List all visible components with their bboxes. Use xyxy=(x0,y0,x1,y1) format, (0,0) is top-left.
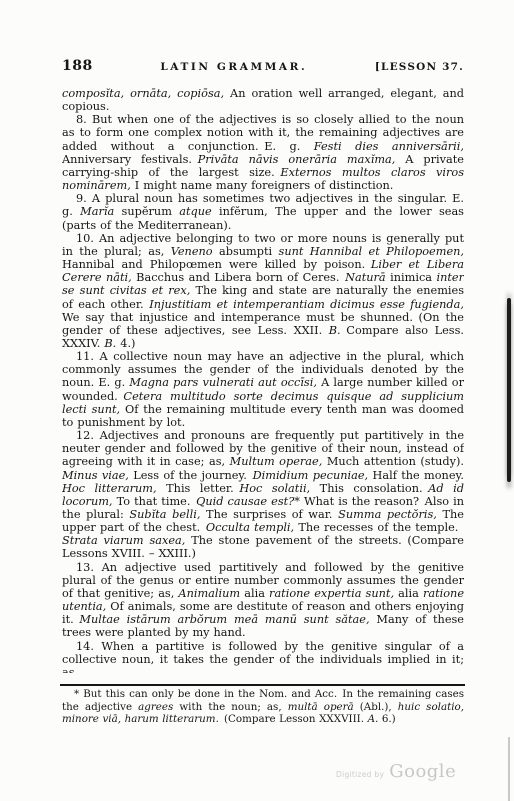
latin-phrase: Dimidium pecuniae, xyxy=(253,469,369,482)
running-header: 188 LATIN GRAMMAR. [LESSON 37. xyxy=(62,58,464,76)
text-run: Of the remaining multitude every tenth m… xyxy=(62,403,464,429)
text-run: Half the money. xyxy=(368,469,464,482)
latin-phrase: composĭta, ornāta, copiōsa, xyxy=(62,87,224,100)
scan-artifact-dark-line xyxy=(507,298,511,482)
latin-phrase: B. xyxy=(329,324,341,337)
latin-phrase: Magna pars vulnerati aut occīsi, xyxy=(129,376,317,389)
running-title: LATIN GRAMMAR. xyxy=(160,61,307,73)
latin-phrase: Quid causae est?* xyxy=(196,495,300,508)
latin-phrase: agrees xyxy=(138,701,173,713)
text-run: supĕrum xyxy=(114,205,179,218)
text-run: Hannibal and Philopœmen were killed by p… xyxy=(62,258,371,271)
text-run: Bacchus and Libera born of Ceres. xyxy=(132,271,345,284)
text-run: To that time. xyxy=(113,495,197,508)
scanned-book-page: 188 LATIN GRAMMAR. [LESSON 37. composĭta… xyxy=(0,0,514,801)
text-run: 6.) xyxy=(378,713,395,725)
paragraph: 8. But when one of the adjectives is so … xyxy=(62,113,464,192)
paragraph: 11. A collective noun may have an adject… xyxy=(62,350,464,429)
latin-phrase: multā operā xyxy=(288,701,354,713)
text-run: 14. When a partitive is followed by the … xyxy=(62,640,464,673)
google-logo: Google xyxy=(389,761,456,782)
footnote-divider xyxy=(60,684,465,686)
scan-artifact-gray-line xyxy=(508,737,510,801)
latin-phrase: Summa pectŏris, xyxy=(338,508,437,521)
lesson-label: [LESSON 37. xyxy=(375,61,464,73)
latin-phrase: Multum operae, xyxy=(230,455,323,468)
paragraph: 13. An adjective used partitively and fo… xyxy=(62,561,464,640)
latin-phrase: Hoc litterarum, xyxy=(62,482,157,495)
text-run: (Abl.), xyxy=(354,701,398,713)
latin-phrase: Animalium xyxy=(178,587,240,600)
footnote-paragraph: * But this can only be done in the Nom. … xyxy=(62,688,464,726)
text-run: The surprises of war. xyxy=(200,508,338,521)
latin-phrase: Privāta nāvis onerāria maxĭma, xyxy=(198,153,396,166)
latin-phrase: Hoc solatii, xyxy=(239,482,310,495)
latin-phrase: B. xyxy=(104,337,116,350)
text-run: Anniversary festivals. xyxy=(62,153,198,166)
paragraph: 14. When a partitive is followed by the … xyxy=(62,640,464,673)
paragraph: composĭta, ornāta, copiōsa, An oration w… xyxy=(62,87,464,113)
text-run: with the noun; as, xyxy=(173,701,287,713)
latin-phrase: Festi dies anniversārii, xyxy=(314,140,464,153)
text-run: alia xyxy=(240,587,269,600)
text-run: The recesses of the temple. xyxy=(294,521,464,534)
latin-phrase: ratione expertia sunt, xyxy=(269,587,394,600)
latin-phrase: Injustitiam et intemperantiam dicimus es… xyxy=(149,298,464,311)
paragraph: 10. An adjective belonging to two or mor… xyxy=(62,232,464,350)
latin-phrase: Minus viae, xyxy=(62,469,129,482)
text-run: (Compare Lesson XXXVIII. xyxy=(219,713,368,725)
body-text: composĭta, ornāta, copiōsa, An oration w… xyxy=(62,87,464,673)
latin-phrase: Subĭta belli, xyxy=(129,508,200,521)
text-run: 4.) xyxy=(116,337,135,350)
text-run: alia xyxy=(394,587,423,600)
footnote: * But this can only be done in the Nom. … xyxy=(62,688,464,726)
text-run: This letter. xyxy=(157,482,240,495)
latin-phrase: Multae istārum arbŏrum meā manū sunt săt… xyxy=(79,613,369,626)
latin-phrase: sunt Hannibal et Philopoemen, xyxy=(279,245,464,258)
text-run: Less of the journey. xyxy=(129,469,253,482)
digitized-by-label: Digitized by xyxy=(336,770,384,779)
paragraph: 9. A plural noun has sometimes two adjec… xyxy=(62,192,464,231)
text-run: I might name many foreigners of distinct… xyxy=(131,179,394,192)
google-watermark: Digitized by Google xyxy=(336,761,456,782)
latin-phrase: Occulta templi, xyxy=(206,521,294,534)
latin-phrase: Naturā xyxy=(345,271,386,284)
latin-phrase: atque xyxy=(179,205,211,218)
latin-phrase: Marĭa xyxy=(80,205,114,218)
text-run: Much attention (study). xyxy=(322,455,464,468)
page-number: 188 xyxy=(62,58,93,74)
text-run: absumpti xyxy=(213,245,279,258)
latin-phrase: Veneno xyxy=(171,245,213,258)
latin-phrase: A. xyxy=(368,713,379,725)
latin-phrase: Strata viarum saxea, xyxy=(62,534,185,547)
text-run: inimica xyxy=(386,271,437,284)
text-run: This consolation. xyxy=(310,482,428,495)
paragraph: 12. Adjectives and pronouns are frequent… xyxy=(62,429,464,561)
